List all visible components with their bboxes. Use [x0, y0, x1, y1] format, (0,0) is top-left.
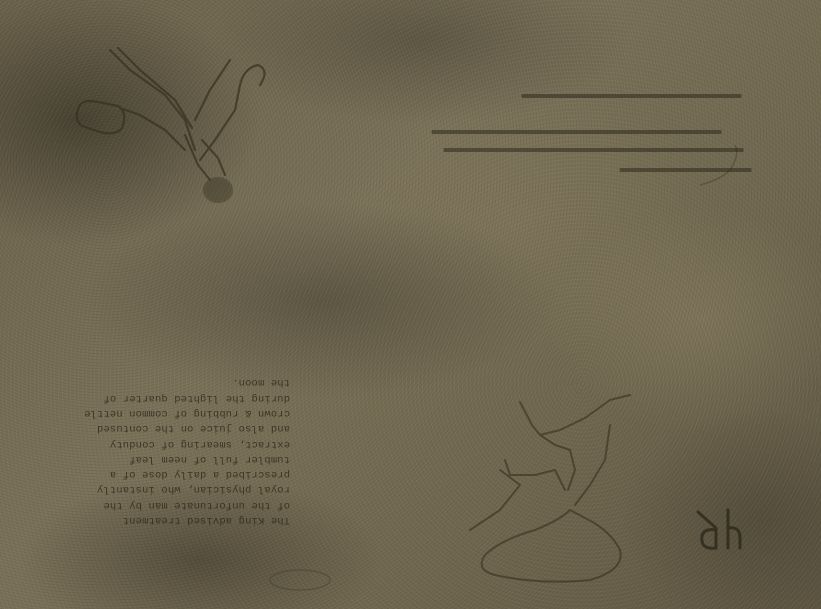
faint-oval-bottom — [260, 560, 340, 600]
text-line: royal physician, who instantly — [97, 483, 290, 495]
text-line: and also juice on the contused — [97, 422, 290, 434]
artwork-canvas: The King advised treatment of the unfort… — [0, 0, 821, 609]
text-line: tumbler full of neem leaf — [129, 453, 290, 465]
upside-down-figure-top-left — [70, 40, 280, 210]
text-line: the moon. — [232, 376, 290, 388]
text-line: extract, smearing of conduty — [110, 437, 290, 449]
artist-signature — [694, 508, 744, 552]
tumbling-figure-bottom-right — [460, 390, 650, 590]
text-line: prescribed a daily dose of a — [110, 468, 290, 480]
illegible-text-lines — [432, 94, 752, 174]
typed-text-block-top — [432, 66, 771, 193]
text-line: during the lighted quarter of — [103, 392, 290, 404]
typed-text-block-left: The King advised treatment of the unfort… — [84, 374, 290, 527]
text-line: crown & rubbing of common nettle — [84, 407, 290, 419]
text-line: The King advised treatment — [123, 514, 290, 526]
text-line: of the unfortunate man by the — [103, 499, 290, 511]
